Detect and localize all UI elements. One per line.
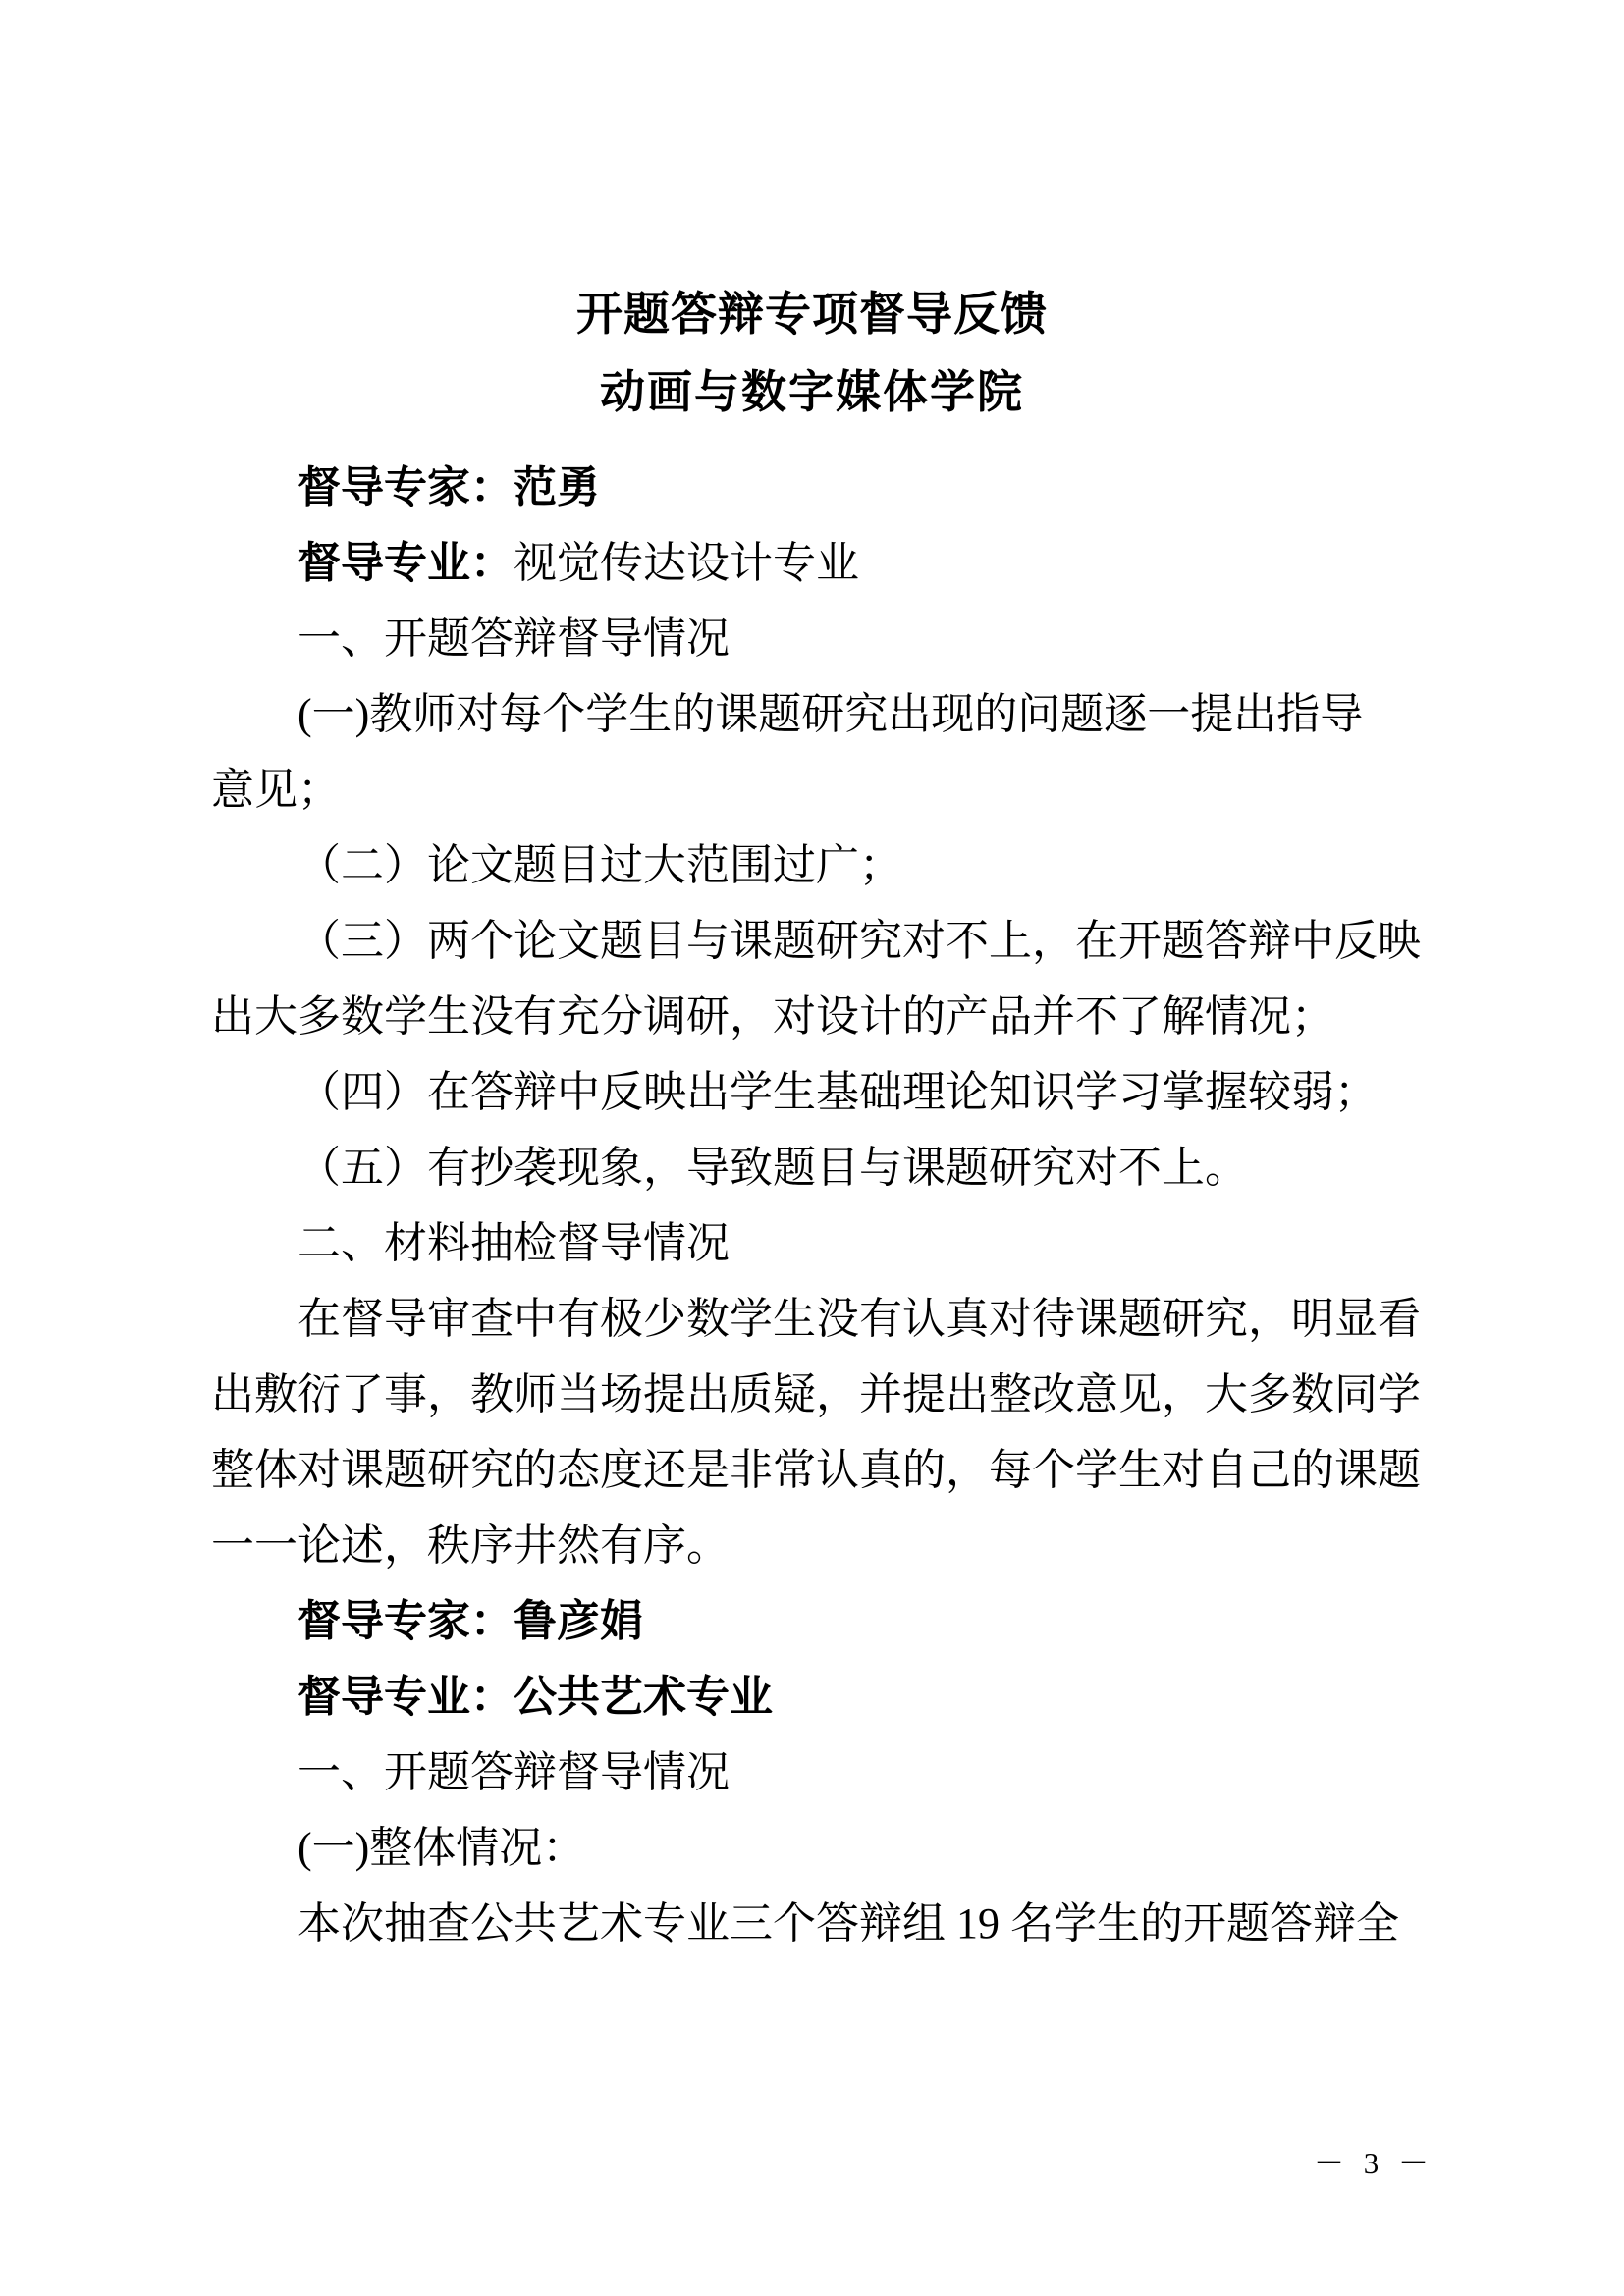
item-overall: (一)整体情况： xyxy=(211,1810,1438,1886)
supervisor-expert-label-2: 督导专家： xyxy=(298,1597,514,1645)
supervisor-expert-line-1: 督导专家：范勇 xyxy=(211,450,1438,525)
supervisor-expert-label: 督导专家： xyxy=(298,463,514,511)
section-2-heading: 二、材料抽检督导情况 xyxy=(211,1205,1438,1281)
paragraph-2-line-4: 一一论述，秩序井然有序。 xyxy=(211,1508,1438,1583)
supervisor-major-name-2: 公共艺术专业 xyxy=(514,1673,773,1721)
paragraph-2-line-3: 整体对课题研究的态度还是非常认真的，每个学生对自己的课题 xyxy=(211,1432,1438,1508)
document-body: 督导专家：范勇 督导专业：视觉传达设计专业 一、开题答辩督导情况 (一)教师对每… xyxy=(211,450,1438,1961)
item-4: （四）在答辩中反映出学生基础理论知识学习掌握较弱； xyxy=(211,1054,1438,1130)
title-block: 开题答辩专项督导反馈 动画与数字媒体学院 xyxy=(0,291,1624,416)
supervisor-major-line-1: 督导专业：视觉传达设计专业 xyxy=(211,525,1438,601)
item-5: （五）有抄袭现象，导致题目与课题研究对不上。 xyxy=(211,1130,1438,1205)
document-subtitle: 动画与数字媒体学院 xyxy=(0,369,1624,416)
item-2: （二）论文题目过大范围过广； xyxy=(211,828,1438,903)
supervisor-major-name: 视觉传达设计专业 xyxy=(514,539,859,587)
item-1-line-2: 意见； xyxy=(211,752,1438,828)
item-3-line-2: 出大多数学生没有充分调研，对设计的产品并不了解情况； xyxy=(211,979,1438,1054)
document-title: 开题答辩专项督导反馈 xyxy=(0,291,1624,340)
paragraph-2-line-1: 在督导审查中有极少数学生没有认真对待课题研究，明显看 xyxy=(211,1281,1438,1357)
supervisor-major-label-2: 督导专业： xyxy=(298,1673,514,1721)
supervisor-expert-line-2: 督导专家：鲁彦娟 xyxy=(211,1583,1438,1659)
document-page: 开题答辩专项督导反馈 动画与数字媒体学院 督导专家：范勇 督导专业：视觉传达设计… xyxy=(0,0,1624,2296)
section-1-heading: 一、开题答辩督导情况 xyxy=(211,601,1438,676)
supervisor-expert-name: 范勇 xyxy=(514,463,600,511)
section-3-heading: 一、开题答辩督导情况 xyxy=(211,1735,1438,1810)
supervisor-major-line-2: 督导专业：公共艺术专业 xyxy=(211,1659,1438,1735)
item-3-line-1: （三）两个论文题目与课题研究对不上，在开题答辩中反映 xyxy=(211,903,1438,979)
supervisor-expert-name-2: 鲁彦娟 xyxy=(514,1597,643,1645)
item-1-line-1: (一)教师对每个学生的课题研究出现的问题逐一提出指导 xyxy=(211,676,1438,752)
paragraph-3-line-1: 本次抽查公共艺术专业三个答辩组 19 名学生的开题答辩全 xyxy=(211,1886,1438,1961)
paragraph-2-line-2: 出敷衍了事，教师当场提出质疑，并提出整改意见，大多数同学 xyxy=(211,1357,1438,1432)
supervisor-major-label: 督导专业： xyxy=(298,539,514,587)
page-number: － 3 － xyxy=(1314,2138,1435,2182)
